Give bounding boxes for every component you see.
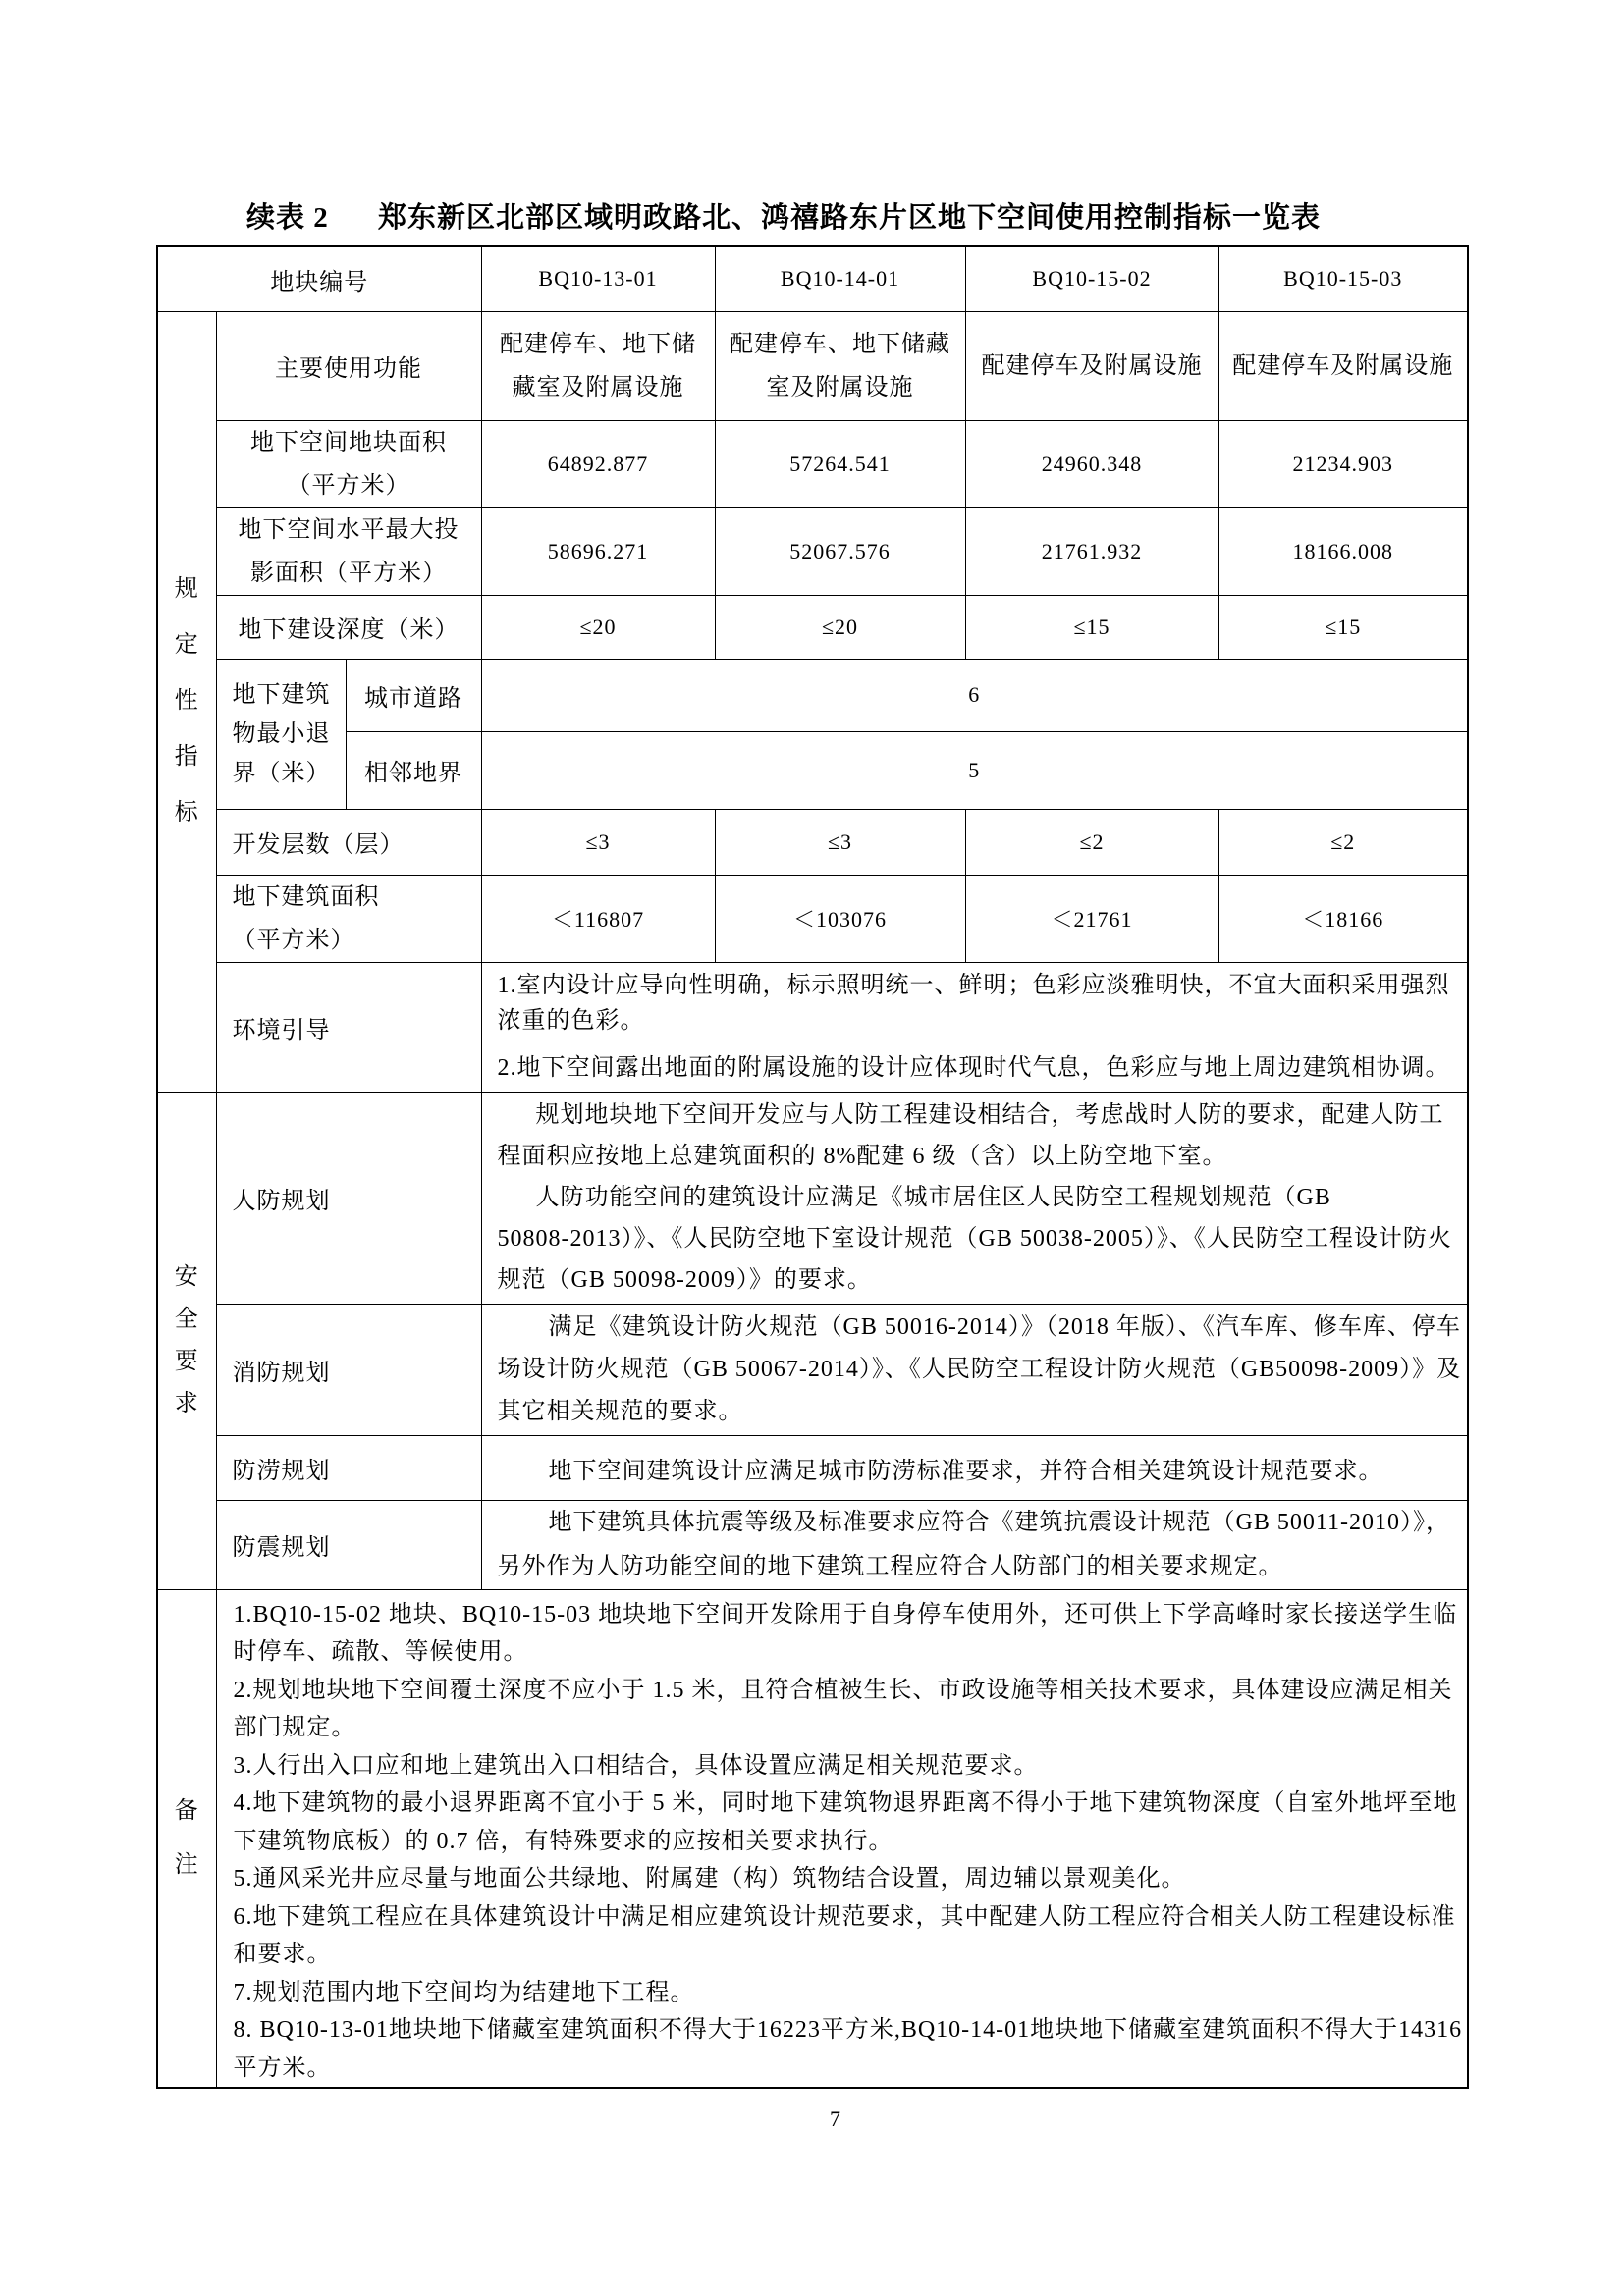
text-line: 地下建筑具体抗震等级及标准要求应符合《建筑抗震设计规范（GB 50011-201…: [498, 1501, 1468, 1545]
setback-road-value: 6: [481, 659, 1468, 731]
main-function-cell: 配建停车、地下储藏 室及附属设施: [715, 311, 965, 420]
row-label-environment: 环境引导: [216, 962, 481, 1092]
land-area-cell: 64892.877: [481, 420, 715, 507]
section-label-char: 备: [158, 1785, 216, 1839]
text-line: 50808-2013）》、《人民防空地下室设计规范（GB 50038-2005）…: [498, 1218, 1468, 1259]
setback-adjacent-value: 5: [481, 731, 1468, 809]
floor-area-cell: ＜18166: [1218, 875, 1468, 962]
row-label-floors: 开发层数（层）: [216, 809, 481, 875]
remarks-row: 备 注 1.BQ10-15-02 地块、BQ10-15-03 地块地下空间开发除…: [157, 1589, 1468, 2088]
land-area-row: 地下空间地块面积 （平方米） 64892.877 57264.541 24960…: [157, 420, 1468, 507]
section-label-char: 指: [158, 729, 216, 785]
label-line: 地下建筑: [233, 675, 346, 715]
label-line: （平方米）: [233, 919, 481, 962]
setback-sublabel-adjacent: 相邻地界: [346, 731, 481, 809]
depth-cell: ≤20: [481, 595, 715, 659]
land-area-cell: 21234.903: [1218, 420, 1468, 507]
section-label-char: 注: [158, 1839, 216, 1893]
page-number: 7: [830, 2106, 840, 2133]
cell-line: 配建停车、地下储: [482, 323, 715, 366]
text-line: 规划地块地下空间开发应与人防工程建设相结合，考虑战时人防的要求，配建人防工: [498, 1095, 1468, 1136]
land-area-cell: 57264.541: [715, 420, 965, 507]
plot-id-cell: BQ10-14-01: [715, 246, 965, 311]
projection-area-cell: 18166.008: [1218, 507, 1468, 595]
remark-line: 平方米。: [234, 2050, 1468, 2088]
setback-adjacent-row: 相邻地界 5: [157, 731, 1468, 809]
cell-line: 配建停车及附属设施: [1219, 345, 1468, 388]
title-prefix: 续表 2: [246, 200, 378, 236]
cell-line: 藏室及附属设施: [482, 366, 715, 409]
row-label-floor-area: 地下建筑面积 （平方米）: [216, 875, 481, 962]
remark-line: 和要求。: [234, 1936, 1468, 1974]
text-line: 人防功能空间的建筑设计应满足《城市居住区人民防空工程规划规范（GB: [498, 1177, 1468, 1218]
section-label-char: 性: [158, 673, 216, 729]
setback-sublabel-road: 城市道路: [346, 659, 481, 731]
remark-line: 1.BQ10-15-02 地块、BQ10-15-03 地块地下空间开发除用于自身…: [234, 1596, 1468, 1634]
remark-line: 下建筑物底板）的 0.7 倍，有特殊要求的应按相关要求执行。: [234, 1823, 1468, 1861]
label-line: 物最小退: [233, 715, 346, 754]
remark-line: 5.通风采光井应尽量与地面公共绿地、附属建（构）筑物结合设置，周边辅以景观美化。: [234, 1860, 1468, 1898]
floor-area-cell: ＜116807: [481, 875, 715, 962]
section-label-char: 要: [158, 1341, 216, 1383]
text-line: 2.地下空间露出地面的附属设施的设计应体现时代气息，色彩应与地上周边建筑相协调。: [498, 1050, 1468, 1086]
section-label-char: 求: [158, 1383, 216, 1425]
remark-line: 时停车、疏散、等候使用。: [234, 1633, 1468, 1672]
section-label-char: 规: [158, 561, 216, 617]
label-line: 界（米）: [233, 754, 346, 793]
cell-line: 配建停车及附属设施: [966, 345, 1218, 388]
row-label-land-area: 地下空间地块面积 （平方米）: [216, 420, 481, 507]
section-label-char: 标: [158, 785, 216, 841]
label-line: 影面积（平方米）: [217, 552, 481, 595]
control-indicator-table: 地块编号 BQ10-13-01 BQ10-14-01 BQ10-15-02 BQ…: [156, 245, 1469, 2089]
row-label-depth: 地下建设深度（米）: [216, 595, 481, 659]
text-line: 1.室内设计应导向性明确，标示照明统一、鲜明；色彩应淡雅明快，不宜大面积采用强烈: [498, 968, 1468, 1003]
seismic-text: 地下建筑具体抗震等级及标准要求应符合《建筑抗震设计规范（GB 50011-201…: [481, 1500, 1468, 1589]
title-text: 郑东新区北部区域明政路北、鸿禧路东片区地下空间使用控制指标一览表: [378, 200, 1321, 236]
main-function-cell: 配建停车及附属设施: [965, 311, 1218, 420]
section-label-regulatory: 规 定 性 指 标: [157, 311, 216, 1092]
text-line: 浓重的色彩。: [498, 1003, 1468, 1039]
row-label-civil-defense: 人防规划: [216, 1092, 481, 1304]
remark-line: 6.地下建筑工程应在具体建筑设计中满足相应建筑设计规范要求，其中配建人防工程应符…: [234, 1898, 1468, 1937]
flood-text: 地下空间建筑设计应满足城市防涝标准要求，并符合相关建筑设计规范要求。: [481, 1435, 1468, 1500]
cell-line: 配建停车、地下储藏: [716, 323, 965, 366]
land-area-cell: 24960.348: [965, 420, 1218, 507]
floors-cell: ≤2: [1218, 809, 1468, 875]
seismic-row: 防震规划 地下建筑具体抗震等级及标准要求应符合《建筑抗震设计规范（GB 5001…: [157, 1500, 1468, 1589]
text-line: 满足《建筑设计防火规范（GB 50016-2014）》（2018 年版）、《汽车…: [498, 1307, 1468, 1349]
remark-line: 7.规划范围内地下空间均为结建地下工程。: [234, 1974, 1468, 2012]
environment-text: 1.室内设计应导向性明确，标示照明统一、鲜明；色彩应淡雅明快，不宜大面积采用强烈…: [481, 962, 1468, 1092]
section-label-safety: 安 全 要 求: [157, 1092, 216, 1589]
row-label-main-function: 主要使用功能: [216, 311, 481, 420]
label-line: 地下空间地块面积: [217, 421, 481, 464]
fire-text: 满足《建筑设计防火规范（GB 50016-2014）》（2018 年版）、《汽车…: [481, 1304, 1468, 1435]
floor-area-cell: ＜21761: [965, 875, 1218, 962]
remark-line: 8. BQ10-13-01地块地下储藏室建筑面积不得大于16223平方米,BQ1…: [234, 2011, 1468, 2050]
remark-line: 3.人行出入口应和地上建筑出入口相结合，具体设置应满足相关规范要求。: [234, 1747, 1468, 1786]
text-line: 地下空间建筑设计应满足城市防涝标准要求，并符合相关建筑设计规范要求。: [498, 1451, 1468, 1485]
header-row: 地块编号 BQ10-13-01 BQ10-14-01 BQ10-15-02 BQ…: [157, 246, 1468, 311]
plot-id-cell: BQ10-15-02: [965, 246, 1218, 311]
projection-area-row: 地下空间水平最大投 影面积（平方米） 58696.271 52067.576 2…: [157, 507, 1468, 595]
main-function-cell: 配建停车、地下储 藏室及附属设施: [481, 311, 715, 420]
remark-line: 2.规划地块地下空间覆土深度不应小于 1.5 米，且符合植被生长、市政设施等相关…: [234, 1672, 1468, 1710]
section-label-char: 安: [158, 1256, 216, 1299]
floor-area-cell: ＜103076: [715, 875, 965, 962]
remark-line: 部门规定。: [234, 1709, 1468, 1747]
floors-cell: ≤3: [715, 809, 965, 875]
section-label-char: 定: [158, 617, 216, 673]
floors-cell: ≤3: [481, 809, 715, 875]
document-title: 续表 2 郑东新区北部区域明政路北、鸿禧路东片区地下空间使用控制指标一览表: [246, 200, 1321, 236]
text-line: 场设计防火规范（GB 50067-2014）》、《人民防空工程设计防火规范（GB…: [498, 1349, 1468, 1391]
civil-defense-text: 规划地块地下空间开发应与人防工程建设相结合，考虑战时人防的要求，配建人防工 程面…: [481, 1092, 1468, 1304]
projection-area-cell: 58696.271: [481, 507, 715, 595]
depth-cell: ≤20: [715, 595, 965, 659]
main-function-row: 规 定 性 指 标 主要使用功能 配建停车、地下储 藏室及附属设施 配建停车、地…: [157, 311, 1468, 420]
projection-area-cell: 21761.932: [965, 507, 1218, 595]
setback-road-row: 地下建筑 物最小退 界（米） 城市道路 6: [157, 659, 1468, 731]
row-label-fire: 消防规划: [216, 1304, 481, 1435]
row-label-projection-area: 地下空间水平最大投 影面积（平方米）: [216, 507, 481, 595]
cell-line: 室及附属设施: [716, 366, 965, 409]
plot-id-cell: BQ10-13-01: [481, 246, 715, 311]
projection-area-cell: 52067.576: [715, 507, 965, 595]
plot-id-cell: BQ10-15-03: [1218, 246, 1468, 311]
section-label-remarks: 备 注: [157, 1589, 216, 2088]
floor-area-row: 地下建筑面积 （平方米） ＜116807 ＜103076 ＜21761 ＜181…: [157, 875, 1468, 962]
text-line: 另外作为人防功能空间的地下建筑工程应符合人防部门的相关要求规定。: [498, 1545, 1468, 1589]
remark-line: 4.地下建筑物的最小退界距离不宜小于 5 米，同时地下建筑物退界距离不得小于地下…: [234, 1785, 1468, 1823]
row-label-flood: 防涝规划: [216, 1435, 481, 1500]
plot-id-header: 地块编号: [157, 246, 481, 311]
fire-row: 消防规划 满足《建筑设计防火规范（GB 50016-2014）》（2018 年版…: [157, 1304, 1468, 1435]
row-label-setback: 地下建筑 物最小退 界（米）: [216, 659, 346, 809]
floors-row: 开发层数（层） ≤3 ≤3 ≤2 ≤2: [157, 809, 1468, 875]
depth-row: 地下建设深度（米） ≤20 ≤20 ≤15 ≤15: [157, 595, 1468, 659]
row-label-seismic: 防震规划: [216, 1500, 481, 1589]
civil-defense-row: 安 全 要 求 人防规划 规划地块地下空间开发应与人防工程建设相结合，考虑战时人…: [157, 1092, 1468, 1304]
section-label-char: 全: [158, 1299, 216, 1341]
depth-cell: ≤15: [965, 595, 1218, 659]
text-line: 其它相关规范的要求。: [498, 1391, 1468, 1433]
flood-row: 防涝规划 地下空间建筑设计应满足城市防涝标准要求，并符合相关建筑设计规范要求。: [157, 1435, 1468, 1500]
label-line: 地下建筑面积: [233, 876, 481, 919]
environment-row: 环境引导 1.室内设计应导向性明确，标示照明统一、鲜明；色彩应淡雅明快，不宜大面…: [157, 962, 1468, 1092]
text-line: 程面积应按地上总建筑面积的 8%配建 6 级（含）以上防空地下室。: [498, 1136, 1468, 1177]
label-line: （平方米）: [217, 464, 481, 507]
text-line: 规范（GB 50098-2009）》的要求。: [498, 1259, 1468, 1301]
main-function-cell: 配建停车及附属设施: [1218, 311, 1468, 420]
depth-cell: ≤15: [1218, 595, 1468, 659]
floors-cell: ≤2: [965, 809, 1218, 875]
remarks-text: 1.BQ10-15-02 地块、BQ10-15-03 地块地下空间开发除用于自身…: [216, 1589, 1468, 2088]
label-line: 地下空间水平最大投: [217, 508, 481, 552]
